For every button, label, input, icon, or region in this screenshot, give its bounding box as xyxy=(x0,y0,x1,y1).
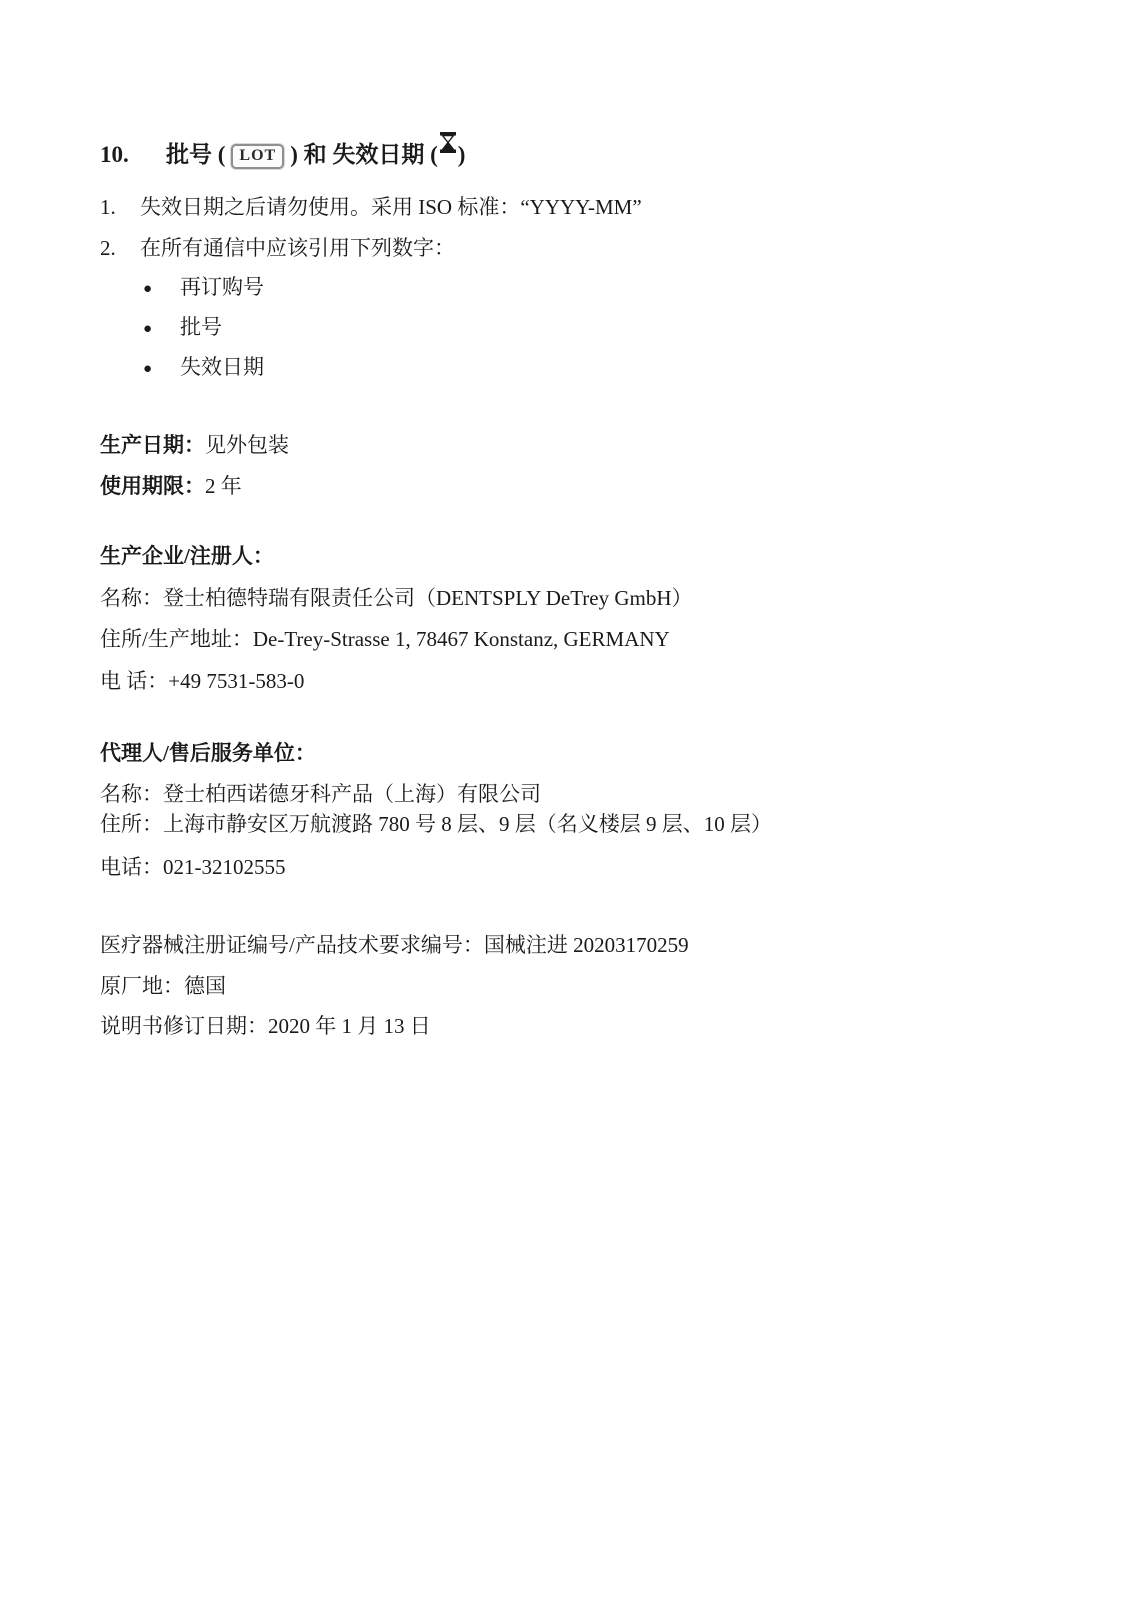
bullet-icon: ● xyxy=(143,274,180,304)
item-marker: 2. xyxy=(100,233,140,263)
section-heading: 10. 批号 (LOT) 和 失效日期 () xyxy=(100,140,465,170)
agent-phone-line: 电话：021-32102555 xyxy=(100,852,286,882)
section-number: 10. xyxy=(100,140,166,170)
origin-line: 原厂地：德国 xyxy=(100,971,226,1001)
document-page: 10. 批号 (LOT) 和 失效日期 () 1.失效日期之后请勿使用。采用 I… xyxy=(0,0,1130,1600)
item-marker: 1. xyxy=(100,192,140,222)
agent-heading: 代理人/售后服务单位： xyxy=(100,738,316,768)
manufacturer-phone-line: 电 话：+49 7531-583-0 xyxy=(100,666,304,696)
shelf-life-value: 2 年 xyxy=(205,474,242,498)
item-text: 在所有通信中应该引用下列数字： xyxy=(140,236,455,260)
bullet-icon: ● xyxy=(143,354,180,384)
lot-symbol: LOT xyxy=(231,144,284,169)
shelf-life-line: 使用期限：2 年 xyxy=(100,471,242,501)
hourglass-icon xyxy=(440,132,456,153)
bullet-item-reorder-number: ●再订购号 xyxy=(100,272,264,304)
production-date-label: 生产日期： xyxy=(100,433,205,457)
numbered-item-1: 1.失效日期之后请勿使用。采用 ISO 标准：“YYYY-MM” xyxy=(100,192,642,222)
agent-address-line: 住所：上海市静安区万航渡路 780 号 8 层、9 层（名义楼层 9 层、10 … xyxy=(100,809,772,839)
production-date-value: 见外包装 xyxy=(205,433,289,457)
section-title-suffix: ) xyxy=(458,142,466,167)
item-text: 失效日期之后请勿使用。采用 ISO 标准：“YYYY-MM” xyxy=(140,195,642,219)
bullet-text: 失效日期 xyxy=(180,355,264,379)
bullet-item-expiry-date: ●失效日期 xyxy=(100,352,264,384)
manufacturer-heading: 生产企业/注册人： xyxy=(100,541,274,571)
manufacturer-name-line: 名称：登士柏德特瑞有限责任公司（DENTSPLY DeTrey GmbH） xyxy=(100,583,693,613)
section-title-prefix: 批号 ( xyxy=(166,142,225,167)
bullet-text: 批号 xyxy=(180,315,222,339)
numbered-item-2: 2.在所有通信中应该引用下列数字： xyxy=(100,233,455,263)
section-title-mid: ) 和 失效日期 ( xyxy=(290,142,438,167)
shelf-life-label: 使用期限： xyxy=(100,474,205,498)
bullet-text: 再订购号 xyxy=(180,275,264,299)
revision-date-line: 说明书修订日期：2020 年 1 月 13 日 xyxy=(100,1011,431,1041)
registration-cert-line: 医疗器械注册证编号/产品技术要求编号：国械注进 20203170259 xyxy=(100,930,689,960)
section-title: 批号 (LOT) 和 失效日期 () xyxy=(166,140,465,170)
agent-name-line: 名称：登士柏西诺德牙科产品（上海）有限公司 xyxy=(100,779,541,809)
production-date-line: 生产日期：见外包装 xyxy=(100,430,289,460)
manufacturer-address-line: 住所/生产地址：De-Trey-Strasse 1, 78467 Konstan… xyxy=(100,624,670,654)
bullet-item-lot-number: ●批号 xyxy=(100,312,222,344)
bullet-icon: ● xyxy=(143,314,180,344)
document-content: 10. 批号 (LOT) 和 失效日期 () 1.失效日期之后请勿使用。采用 I… xyxy=(100,0,1060,1600)
